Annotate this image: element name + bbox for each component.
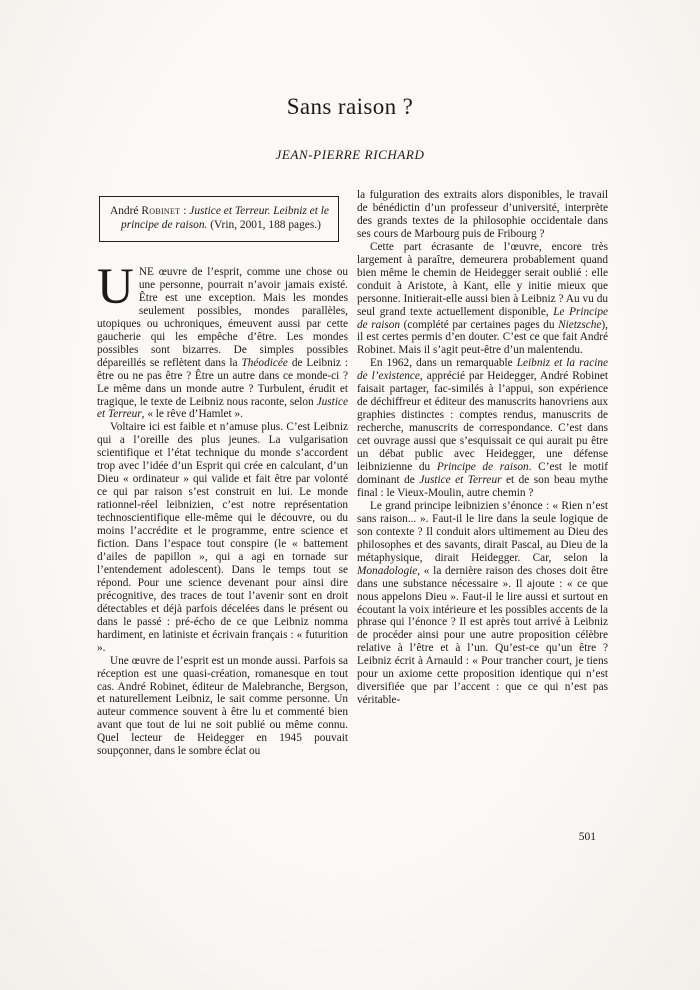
paragraph: Une œuvre de l’esprit est un monde aussi… (97, 655, 348, 759)
text-run: : (180, 205, 189, 217)
text-run: (complété par certaines pages du (400, 319, 558, 331)
text-run: la fulguration des extraits alors dispon… (357, 189, 608, 240)
paragraph: En 1962, dans un remarquable Leibniz et … (357, 357, 608, 499)
dropcap-letter: U (97, 266, 139, 306)
left-column: UNE œuvre de l’esprit, comme une chose o… (97, 266, 348, 758)
text-run: Voltaire ici est faible et n’amuse plus.… (97, 421, 348, 653)
book-reference-box: André Robinet : Justice et Terreur. Leib… (99, 196, 339, 242)
italic-title-text: Nietzsche (558, 319, 601, 331)
text-run: En 1962, dans un remarquable (370, 357, 517, 369)
paragraph-opening: UNE œuvre de l’esprit, comme une chose o… (97, 266, 348, 421)
italic-title-text: Théodicée (241, 357, 287, 369)
paragraph: Voltaire ici est faible et n’amuse plus.… (97, 421, 348, 654)
paragraph: Cette part écrasante de l’œuvre, encore … (357, 241, 608, 358)
smallcaps-text: Robinet (141, 205, 180, 217)
book-reference-text: André Robinet : Justice et Terreur. Leib… (110, 205, 329, 232)
italic-title-text: Principe de raison (437, 461, 529, 473)
text-run: , « le rêve d’Hamlet ». (142, 408, 243, 420)
text-run: , « la dernière raison des choses doit ê… (357, 565, 608, 707)
journal-page: Sans raison ? JEAN-PIERRE RICHARD André … (0, 0, 700, 990)
italic-title-text: Monadologie (357, 565, 417, 577)
paragraph-continuation: la fulguration des extraits alors dispon… (357, 189, 608, 241)
text-run: André (110, 205, 141, 217)
article-title: Sans raison ? (0, 94, 700, 120)
text-run: (Vrin, 2001, 188 pages.) (207, 219, 321, 231)
paragraph: Le grand principe leibnizien s’énonce : … (357, 500, 608, 707)
text-run: Une œuvre de l’esprit est un monde aussi… (97, 655, 348, 758)
italic-title-text: Justice et Terreur (419, 474, 501, 486)
article-author: JEAN-PIERRE RICHARD (0, 147, 700, 163)
right-column: la fulguration des extraits alors dispon… (357, 189, 608, 707)
text-run: Le grand principe leibnizien s’énonce : … (357, 500, 608, 564)
text-run: , apprécié par Heidegger, André Robinet … (357, 370, 608, 473)
page-number: 501 (500, 831, 596, 843)
